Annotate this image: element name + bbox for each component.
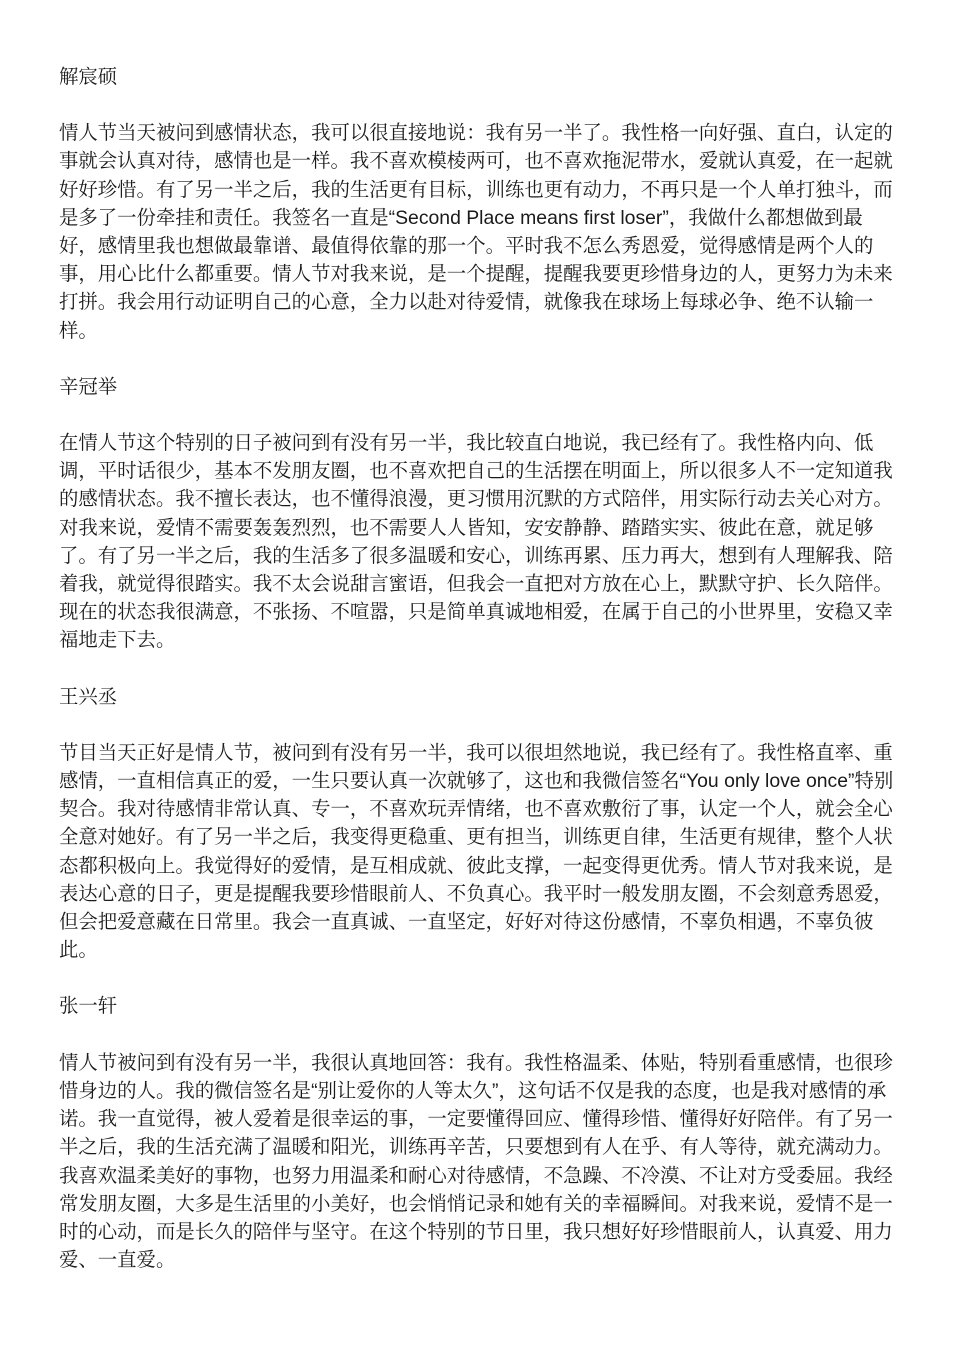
section-person-3: 王兴丞 节目当天正好是情人节，被问到有没有另一半，我可以很坦然地说，我已经有了。… bbox=[59, 683, 899, 965]
section-person-4: 张一轩 情人节被问到有没有另一半，我很认真地回答：我有。我性格温柔、体贴，特别看… bbox=[59, 992, 899, 1274]
person-statement: 节目当天正好是情人节，被问到有没有另一半，我可以很坦然地说，我已经有了。我性格直… bbox=[59, 739, 899, 965]
section-person-2: 辛冠举 在情人节这个特别的日子被问到有没有另一半，我比较直白地说，我已经有了。我… bbox=[59, 373, 899, 655]
person-name-heading: 王兴丞 bbox=[59, 683, 899, 711]
person-name-heading: 张一轩 bbox=[59, 992, 899, 1020]
document-page: 解宸硕 情人节当天被问到感情状态，我可以很直接地说：我有另一半了。我性格一向好强… bbox=[0, 0, 958, 1352]
person-statement: 情人节被问到有没有另一半，我很认真地回答：我有。我性格温柔、体贴，特别看重感情，… bbox=[59, 1049, 899, 1275]
section-person-1: 解宸硕 情人节当天被问到感情状态，我可以很直接地说：我有另一半了。我性格一向好强… bbox=[59, 63, 899, 345]
person-name-heading: 解宸硕 bbox=[59, 63, 899, 91]
person-statement: 情人节当天被问到感情状态，我可以很直接地说：我有另一半了。我性格一向好强、直白，… bbox=[59, 119, 899, 345]
person-statement: 在情人节这个特别的日子被问到有没有另一半，我比较直白地说，我已经有了。我性格内向… bbox=[59, 429, 899, 655]
person-name-heading: 辛冠举 bbox=[59, 373, 899, 401]
